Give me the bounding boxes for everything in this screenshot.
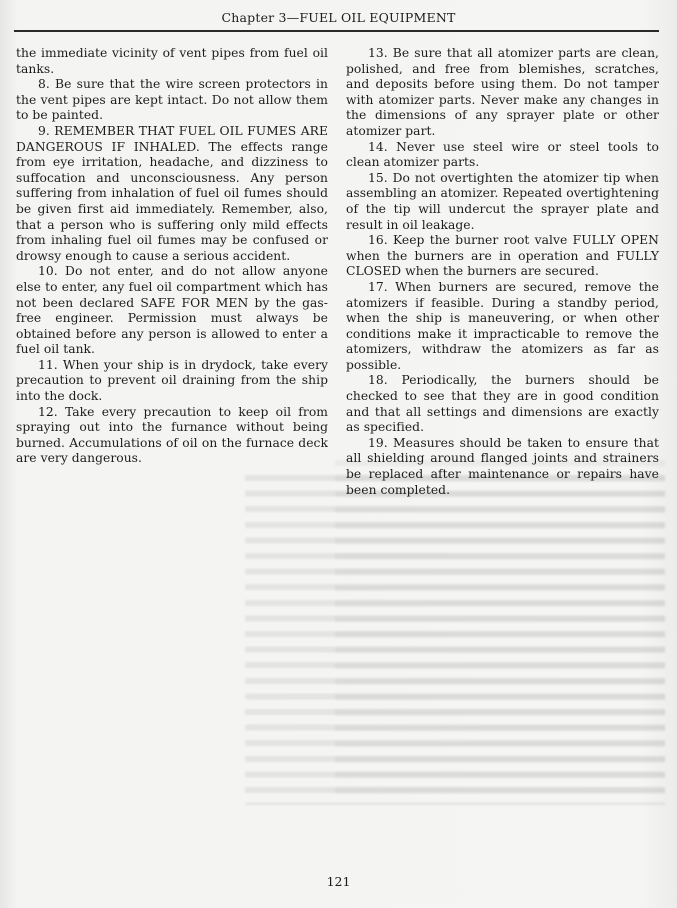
paragraph-item-10: 10. Do not enter, and do not allow anyon… (16, 264, 328, 358)
paragraph-item-13: 13. Be sure that all atomizer parts are … (346, 46, 659, 140)
page-number: 121 (0, 874, 677, 889)
paragraph-item-8: 8. Be sure that the wire screen protecto… (16, 77, 328, 124)
paragraph-item-11: 11. When your ship is in drydock, take e… (16, 358, 328, 405)
paragraph-item-16: 16. Keep the burner root valve FULLY OPE… (346, 233, 659, 280)
show-through-text (335, 460, 665, 800)
paragraph-item-9: 9. REMEMBER THAT FUEL OIL FUMES ARE DANG… (16, 124, 328, 264)
paragraph-item-15: 15. Do not overtighten the atomizer tip … (346, 171, 659, 233)
paragraph-item-17: 17. When burners are secured, remove the… (346, 280, 659, 374)
paragraph-item-14: 14. Never use steel wire or steel tools … (346, 140, 659, 171)
paragraph-item-19: 19. Measures should be taken to ensure t… (346, 436, 659, 498)
running-header: Chapter 3—FUEL OIL EQUIPMENT (0, 10, 677, 25)
right-column: 13. Be sure that all atomizer parts are … (346, 46, 659, 498)
header-rule (14, 30, 659, 32)
paragraph-item-12: 12. Take every precaution to keep oil fr… (16, 405, 328, 467)
left-column: the immediate vicinity of vent pipes fro… (16, 46, 328, 467)
paragraph-item-18: 18. Periodically, the burners should be … (346, 373, 659, 435)
paragraph-continued: the immediate vicinity of vent pipes fro… (16, 46, 328, 77)
